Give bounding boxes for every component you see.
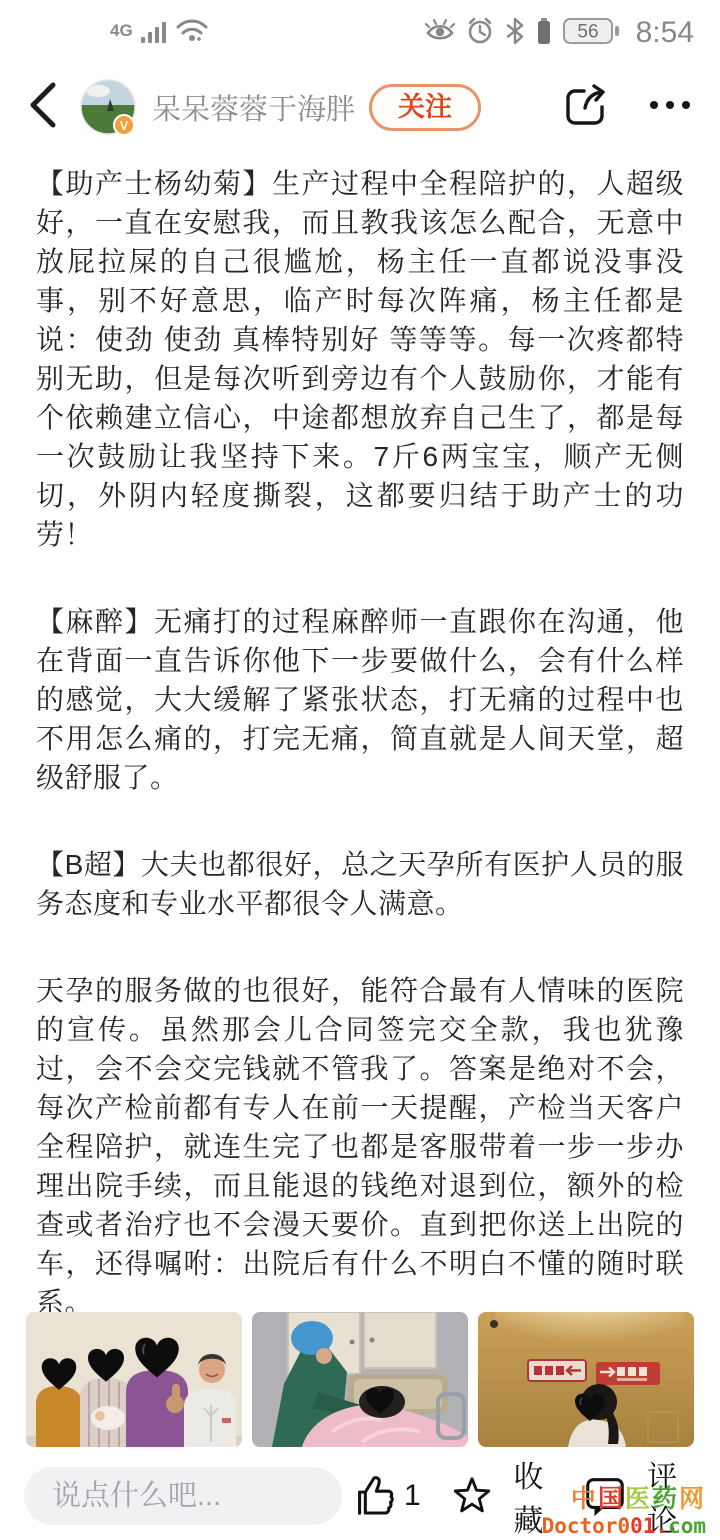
comment-input[interactable] (24, 1467, 342, 1525)
back-button[interactable] (26, 81, 70, 133)
comment-button[interactable]: 评论 (574, 1452, 696, 1540)
post-paragraph-ultrasound: 【B超】大夫也都很好，总之天孕所有医护人员的服务态度和专业水平都很令人满意。 (36, 845, 684, 923)
like-button[interactable]: 1 (342, 1472, 429, 1521)
back-chevron-icon (26, 79, 58, 136)
verified-badge-icon: V (114, 115, 134, 135)
status-bar: 4G (0, 0, 720, 60)
network-type-label: 4G (110, 21, 133, 41)
avatar[interactable]: V (80, 79, 136, 135)
post-header: V 呆呆蓉蓉于海胖 关注 (0, 60, 720, 154)
wifi-icon (175, 18, 209, 49)
svg-text:V: V (120, 118, 129, 133)
battery-percent-badge: 56 (563, 16, 621, 51)
bluetooth-icon (505, 17, 525, 50)
post-detail-screen: 4G (0, 0, 720, 1540)
photo-delivery-bed[interactable] (252, 1312, 468, 1447)
photo-strip (0, 1312, 720, 1451)
alarm-clock-icon (466, 17, 494, 50)
like-count: 1 (404, 1479, 421, 1513)
photo-hallway-signs[interactable] (478, 1312, 694, 1447)
post-paragraph-anesthesia: 【麻醉】无痛打的过程麻醉师一直跟你在沟通，他在背面一直告诉你他下一步要做什么，会… (36, 602, 684, 797)
author-username[interactable]: 呆呆蓉蓉于海胖 (152, 87, 355, 128)
signal-strength-icon (141, 20, 167, 49)
favorite-button[interactable]: 收藏 (441, 1452, 563, 1540)
hallway-sign-left (528, 1360, 586, 1381)
eye-comfort-icon (425, 18, 455, 49)
bottom-action-bar: 1 收藏 评论 (0, 1452, 720, 1540)
follow-button[interactable]: 关注 (369, 84, 481, 131)
post-body: 【助产士杨幼菊】生产过程中全程陪护的，人超级好，一直在安慰我，而且教我该怎么配合… (0, 154, 720, 1312)
battery-percent-value: 56 (577, 21, 598, 42)
post-paragraph-service: 天孕的服务做的也很好，能符合最有人情味的医院的宣传。虽然那会儿合同签完交全款，我… (36, 971, 684, 1312)
photo-family-with-doctor[interactable] (26, 1312, 242, 1447)
battery-vertical-icon (536, 17, 552, 50)
favorite-label: 收藏 (503, 1452, 555, 1540)
thumbs-up-icon (350, 1472, 396, 1521)
comment-bubble-icon (582, 1472, 628, 1521)
star-icon (449, 1472, 495, 1521)
comment-label: 评论 (636, 1452, 688, 1540)
post-paragraph-midwife: 【助产士杨幼菊】生产过程中全程陪护的，人超级好，一直在安慰我，而且教我该怎么配合… (36, 164, 684, 554)
hallway-sign-right (596, 1362, 660, 1385)
share-icon[interactable] (560, 80, 610, 135)
more-options-icon[interactable] (646, 95, 694, 120)
clock-time: 8:54 (636, 16, 694, 50)
